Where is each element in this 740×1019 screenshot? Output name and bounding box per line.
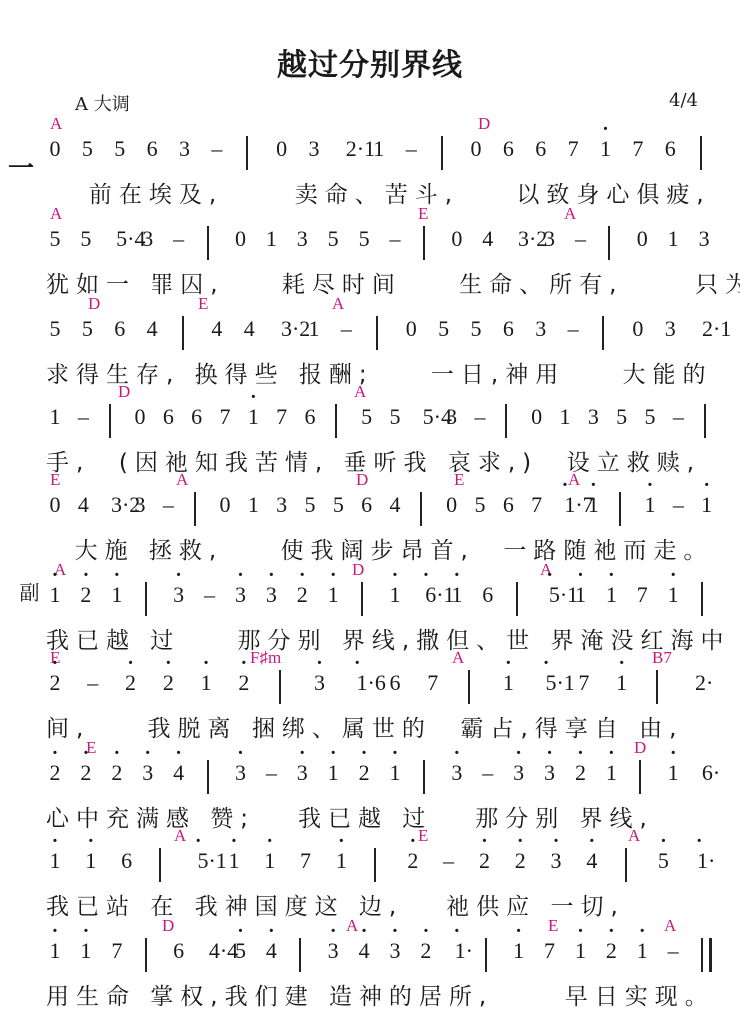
score-system: 一AD05563–032·11–0667176 前在埃及, 卖命、苦斗, 以致身… (0, 110, 740, 200)
barline (485, 938, 487, 972)
note: 1 (641, 492, 659, 518)
dash: – (84, 670, 102, 696)
note: 0 (273, 136, 291, 162)
note: 3 (510, 760, 528, 786)
note: 2 (46, 760, 64, 786)
note: 0 (528, 404, 546, 430)
chord-symbol: D (352, 560, 364, 580)
lyrics-line: 用生命 掌权,我们建 造神的居所, 早日实现。 (46, 978, 715, 1011)
note: 6 (499, 136, 517, 162)
note: 0 (131, 404, 149, 430)
note: 1 (244, 404, 262, 430)
note: 6 (661, 136, 679, 162)
note: 5 (358, 404, 376, 430)
note: 4 (386, 492, 404, 518)
note: 6 (358, 492, 376, 518)
note: 6 (532, 136, 550, 162)
note: 5 (654, 848, 672, 874)
note: 2 (571, 760, 589, 786)
chord-symbol: A (50, 114, 62, 134)
chord-symbol: E (50, 470, 60, 490)
note: 4 (479, 226, 497, 252)
chord-symbol: A (174, 826, 186, 846)
score-system: 副ADA1213–332116·1165·11171我已越 过 那分别 界线,撒… (0, 556, 740, 646)
note: 7 (216, 404, 234, 430)
note: 2 (602, 938, 620, 964)
note: 1 (46, 404, 64, 430)
note: 1 (332, 848, 350, 874)
note: 1 (46, 582, 64, 608)
barline (207, 226, 209, 260)
note: 3 (541, 226, 559, 252)
note: 1 (46, 848, 64, 874)
note: 3 (273, 492, 291, 518)
note: 7 (297, 848, 315, 874)
chord-symbol: D (88, 294, 100, 314)
note: 3 (584, 404, 602, 430)
chord-symbol: E (454, 470, 464, 490)
chord-symbol: D (118, 382, 130, 402)
note: 1 (584, 492, 602, 518)
note: 1 (510, 938, 528, 964)
note: 4 (74, 492, 92, 518)
note: 1 (370, 136, 388, 162)
note: 3 (231, 582, 249, 608)
note: 2 (108, 760, 126, 786)
score-system: EF♯mAB72–221231·66715·1712·间, 我脱离 捆绑、属世的… (0, 644, 740, 734)
note: 7 (528, 492, 546, 518)
barline (420, 492, 422, 526)
note: 1 (664, 582, 682, 608)
note: 0 (467, 136, 485, 162)
note-line: EADEA043·23–013556405671·711–1 (46, 492, 740, 528)
dash: – (201, 582, 219, 608)
note: 5 (641, 404, 659, 430)
dash: – (262, 760, 280, 786)
note: 1 (448, 582, 466, 608)
note: 1 (108, 582, 126, 608)
barline (701, 582, 703, 616)
barline (441, 136, 443, 170)
score-system: DAEA11764·45434321·17121–用生命 掌权,我们建 造神的居… (0, 912, 740, 1002)
note: 6 (111, 316, 129, 342)
barline (376, 316, 378, 350)
note: 3 (443, 404, 461, 430)
barline (423, 760, 425, 794)
note: 3 (231, 760, 249, 786)
note: 2· (688, 670, 720, 696)
barline (194, 492, 196, 526)
note-line: DAEA11764·45434321·17121– (46, 938, 740, 974)
chord-symbol: F♯m (250, 648, 281, 668)
note: 5 (613, 404, 631, 430)
barline (602, 316, 604, 350)
note: 4 (143, 316, 161, 342)
chord-symbol: E (548, 916, 558, 936)
note: 2 (355, 760, 373, 786)
note: 5 (231, 938, 249, 964)
chord-symbol: D (634, 738, 646, 758)
note: 5 (78, 136, 96, 162)
score-system: AEA555·43–01355–043·23–013犹如一 罪囚, 耗尽时间 生… (0, 200, 740, 290)
score-system: DA1–0667176555·43–01355–手, (因祂知我苦情, 垂听我 … (0, 378, 740, 468)
note: 1 (261, 848, 279, 874)
note: 1 (698, 492, 716, 518)
note: 6 (301, 404, 319, 430)
score-system: ED222343–31213–332116·心中充满感 赞; 我已越 过 那分别… (0, 734, 740, 824)
dash: – (402, 136, 420, 162)
note: 7 (424, 670, 442, 696)
dash: – (170, 226, 188, 252)
note: 4 (583, 848, 601, 874)
barline (700, 136, 702, 170)
barline (656, 670, 658, 704)
note: 3 (170, 582, 188, 608)
barline (625, 848, 627, 882)
barline (505, 404, 507, 438)
note: 5 (111, 136, 129, 162)
note: 5 (46, 316, 64, 342)
note: 5 (386, 404, 404, 430)
note: 0 (443, 492, 461, 518)
barline (361, 582, 363, 616)
note: 3 (324, 938, 342, 964)
note: 6 (118, 848, 136, 874)
note: 1· (448, 938, 480, 964)
note: 1 (386, 582, 404, 608)
note: 1 (664, 760, 682, 786)
note-line: DA1–0667176555·43–01355– (46, 404, 740, 440)
note: 4 (355, 938, 373, 964)
note: 7 (541, 938, 559, 964)
note: 6 (170, 938, 188, 964)
note: 5 (467, 316, 485, 342)
note: 6 (479, 582, 497, 608)
note: 5 (471, 492, 489, 518)
note: 1 (633, 938, 651, 964)
barline (639, 760, 641, 794)
note: 6 (499, 316, 517, 342)
note: 7 (108, 938, 126, 964)
barline (159, 848, 161, 882)
note: 3 (386, 938, 404, 964)
score-system: EADEA043·23–013556405671·711–1 大施 拯救, 使我… (0, 466, 740, 556)
note: 5 (46, 226, 64, 252)
note: 1· (690, 848, 722, 874)
dash: – (208, 136, 226, 162)
barline (109, 404, 111, 438)
note-line: ED222343–31213–332116· (46, 760, 740, 796)
barline (619, 492, 621, 526)
chord-symbol: A (50, 204, 62, 224)
dash: – (159, 492, 177, 518)
note: 4 (170, 760, 188, 786)
note-line: EF♯mAB72–221231·66715·1712· (46, 670, 740, 706)
note: 2 (511, 848, 529, 874)
note: 5 (324, 226, 342, 252)
note: 6 (143, 136, 161, 162)
note-line: DEA5564443·21–05563–032·1 (46, 316, 740, 352)
note: 1 (596, 136, 614, 162)
note: 2 (475, 848, 493, 874)
chorus-marker: 副 (14, 582, 43, 602)
note: 1 (82, 848, 100, 874)
note: 3 (293, 226, 311, 252)
barline (279, 670, 281, 704)
note: 1 (197, 670, 215, 696)
note: 1 (386, 760, 404, 786)
note: 4 (240, 316, 258, 342)
note: 2 (77, 582, 95, 608)
note: 3 (532, 316, 550, 342)
note: 6 (386, 670, 404, 696)
final-barline (701, 938, 712, 972)
chord-symbol: E (198, 294, 208, 314)
note: 3 (305, 136, 323, 162)
barline (145, 938, 147, 972)
note-line: AEA555·43–01355–043·23–013 (46, 226, 740, 262)
dash: – (74, 404, 92, 430)
dash: – (664, 938, 682, 964)
note: 7 (273, 404, 291, 430)
note: 5 (77, 226, 95, 252)
note: 4 (208, 316, 226, 342)
note-line: AEA1165·111712–223451· (46, 848, 740, 884)
note: 7 (629, 136, 647, 162)
note: 5 (78, 316, 96, 342)
note: 3 (310, 670, 328, 696)
dash: – (571, 226, 589, 252)
note: 3 (541, 760, 559, 786)
chord-symbol: B7 (652, 648, 672, 668)
note: 2 (293, 582, 311, 608)
note: 6 (159, 404, 177, 430)
note: 3 (176, 136, 194, 162)
barline (704, 404, 706, 438)
note: 1 (499, 670, 517, 696)
note: 3 (448, 760, 466, 786)
note: 1 (664, 226, 682, 252)
note: 0 (216, 492, 234, 518)
verse-marker: 一 (8, 148, 34, 185)
note: 2 (417, 938, 435, 964)
time-signature: 4/4 (669, 90, 698, 111)
note: 0 (633, 226, 651, 252)
note: 4 (262, 938, 280, 964)
note: 2 (46, 670, 64, 696)
note: 7 (633, 582, 651, 608)
song-title: 越过分别界线 (0, 40, 740, 84)
dash: – (669, 492, 687, 518)
note: 2·1 (694, 316, 740, 342)
note: 1 (46, 938, 64, 964)
note: 3 (293, 760, 311, 786)
note: 5 (435, 316, 453, 342)
note: 1 (571, 938, 589, 964)
note: 6 (499, 492, 517, 518)
barline (246, 136, 248, 170)
chord-symbol: A (664, 916, 676, 936)
note: 2 (235, 670, 253, 696)
note: 2 (77, 760, 95, 786)
note: 1 (556, 404, 574, 430)
note: 2 (122, 670, 140, 696)
chord-symbol: A (176, 470, 188, 490)
score-system: AEA1165·111712–223451·我已站 在 我神国度这 边, 祂供应… (0, 822, 740, 912)
note: 1 (613, 670, 631, 696)
note: 1 (324, 582, 342, 608)
note: 6 (188, 404, 206, 430)
note: 3 (695, 226, 713, 252)
note-line: ADA1213–332116·1165·11171 (46, 582, 740, 618)
note: 1 (225, 848, 243, 874)
barline (335, 404, 337, 438)
note: 3 (131, 492, 149, 518)
note: 0 (448, 226, 466, 252)
note: 1 (571, 582, 589, 608)
chord-symbol: A (628, 826, 640, 846)
note: 2 (159, 670, 177, 696)
note: 1 (324, 760, 342, 786)
note: 7 (575, 670, 593, 696)
chord-symbol: E (418, 204, 428, 224)
note: 1 (602, 582, 620, 608)
barline (423, 226, 425, 260)
dash: – (479, 760, 497, 786)
note: 3 (262, 582, 280, 608)
dash: – (471, 404, 489, 430)
chord-symbol: D (356, 470, 368, 490)
note: 0 (629, 316, 647, 342)
chord-symbol: A (332, 294, 344, 314)
note: 0 (46, 492, 64, 518)
dash: – (669, 404, 687, 430)
note: 1 (77, 938, 95, 964)
barline (145, 582, 147, 616)
chord-symbol: A (452, 648, 464, 668)
note: 3 (139, 760, 157, 786)
dash: – (440, 848, 458, 874)
note: 0 (402, 316, 420, 342)
barline (468, 670, 470, 704)
barline (608, 226, 610, 260)
note: 0 (231, 226, 249, 252)
note: 5 (301, 492, 319, 518)
chord-symbol: D (162, 916, 174, 936)
barline (299, 938, 301, 972)
note: 3 (547, 848, 565, 874)
note: 3 (661, 316, 679, 342)
dash: – (564, 316, 582, 342)
note: 1 (305, 316, 323, 342)
dash: – (386, 226, 404, 252)
chord-symbol: A (564, 204, 576, 224)
barline (182, 316, 184, 350)
note: 3 (139, 226, 157, 252)
note: 1 (602, 760, 620, 786)
chord-symbol: A (354, 382, 366, 402)
dash: – (337, 316, 355, 342)
note: 1 (262, 226, 280, 252)
chord-symbol: D (478, 114, 490, 134)
note: 5 (355, 226, 373, 252)
score-system: DEA5564443·21–05563–032·1求得生存, 换得些 报酬; 一… (0, 290, 740, 380)
note: 5 (329, 492, 347, 518)
barline (374, 848, 376, 882)
note-line: AD05563–032·11–0667176 (46, 136, 740, 172)
note: 0 (46, 136, 64, 162)
barline (207, 760, 209, 794)
note: 1 (244, 492, 262, 518)
note: 6· (695, 760, 727, 786)
note: 7 (564, 136, 582, 162)
note: 2 (404, 848, 422, 874)
barline (516, 582, 518, 616)
